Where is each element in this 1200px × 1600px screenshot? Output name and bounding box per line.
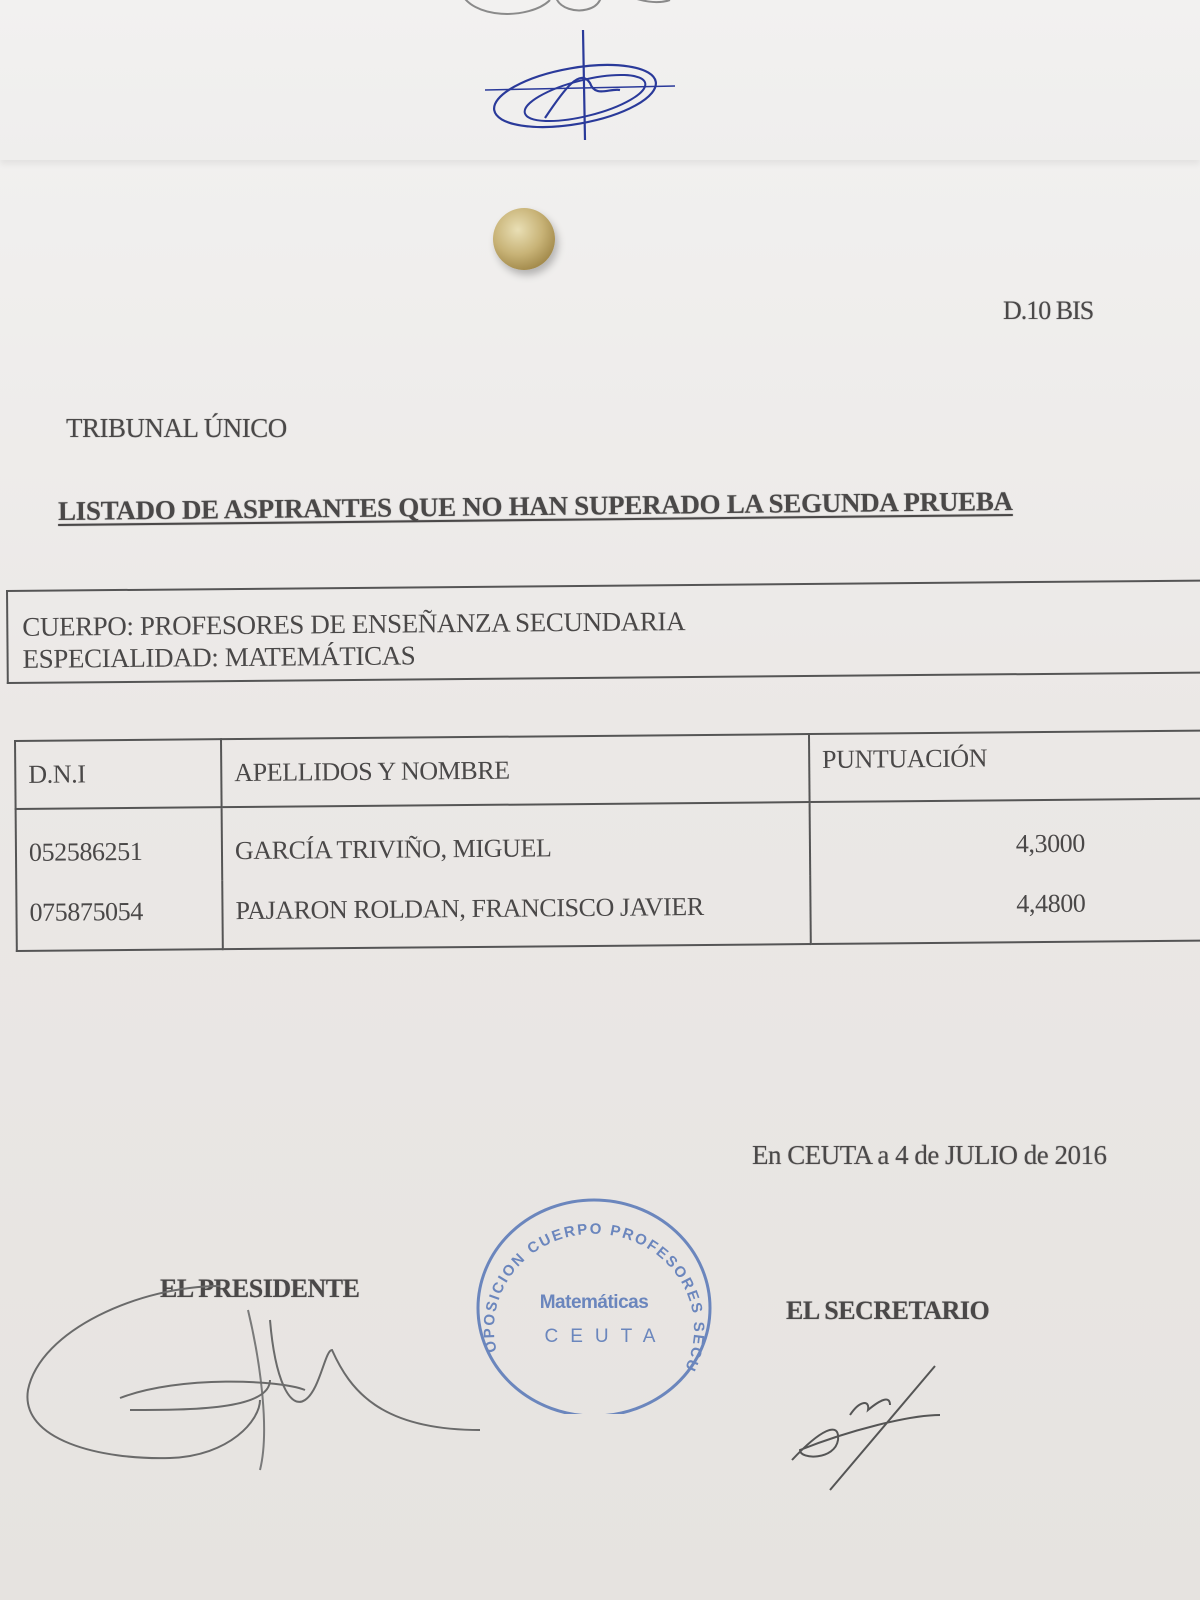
stamp-subject: Matemáticas — [472, 1292, 716, 1314]
cuerpo-label: CUERPO: PROFESORES DE ENSEÑANZA SECUNDAR… — [22, 606, 685, 643]
previous-page-sheet — [0, 0, 1200, 160]
tribunal-label: TRIBUNAL ÚNICO — [66, 413, 287, 444]
header-name: APELLIDOS Y NOMBRE — [221, 734, 809, 807]
form-code: D.10 BIS — [1003, 296, 1093, 326]
upper-signature-blue — [485, 28, 685, 148]
row-score: 4,4800 — [810, 872, 1200, 945]
header-score: PUNTUACIÓN — [809, 731, 1200, 803]
row-name: GARCÍA TRIVIÑO, MIGUEL — [222, 802, 811, 880]
push-pin — [493, 208, 555, 270]
secretary-signature — [790, 1360, 960, 1500]
table-row: 075875054 PAJARON ROLDAN, FRANCISCO JAVI… — [16, 872, 1200, 951]
header-dni: D.N.I — [15, 739, 222, 809]
candidates-table: D.N.I APELLIDOS Y NOMBRE PUNTUACIÓN 0525… — [14, 730, 1200, 952]
table-row: 052586251 GARCÍA TRIVIÑO, MIGUEL 4,3000 — [16, 799, 1200, 882]
body-specialty-box: CUERPO: PROFESORES DE ENSEÑANZA SECUNDAR… — [6, 580, 1200, 684]
secretary-label: EL SECRETARIO — [786, 1296, 989, 1326]
upper-signature-gray — [440, 0, 700, 30]
row-dni: 052586251 — [16, 807, 223, 882]
place-and-date: En CEUTA a 4 de JULIO de 2016 — [752, 1140, 1107, 1171]
president-signature — [20, 1280, 490, 1470]
table-header-row: D.N.I APELLIDOS Y NOMBRE PUNTUACIÓN — [15, 731, 1200, 809]
stamp-ring-text: OPOSICION CUERPO PROFESORES SECUNDARIA — [472, 1196, 707, 1375]
official-stamp: OPOSICION CUERPO PROFESORES SECUNDARIA M… — [472, 1196, 716, 1414]
row-dni: 075875054 — [16, 880, 223, 951]
row-score: 4,3000 — [809, 799, 1200, 876]
svg-text:OPOSICION CUERPO PROFESORES SE: OPOSICION CUERPO PROFESORES SECUNDARIA — [472, 1196, 707, 1375]
row-name: PAJARON ROLDAN, FRANCISCO JAVIER — [222, 875, 810, 949]
especialidad-label: ESPECIALIDAD: MATEMÁTICAS — [22, 640, 415, 674]
stamp-city: CEUTA — [472, 1326, 728, 1348]
